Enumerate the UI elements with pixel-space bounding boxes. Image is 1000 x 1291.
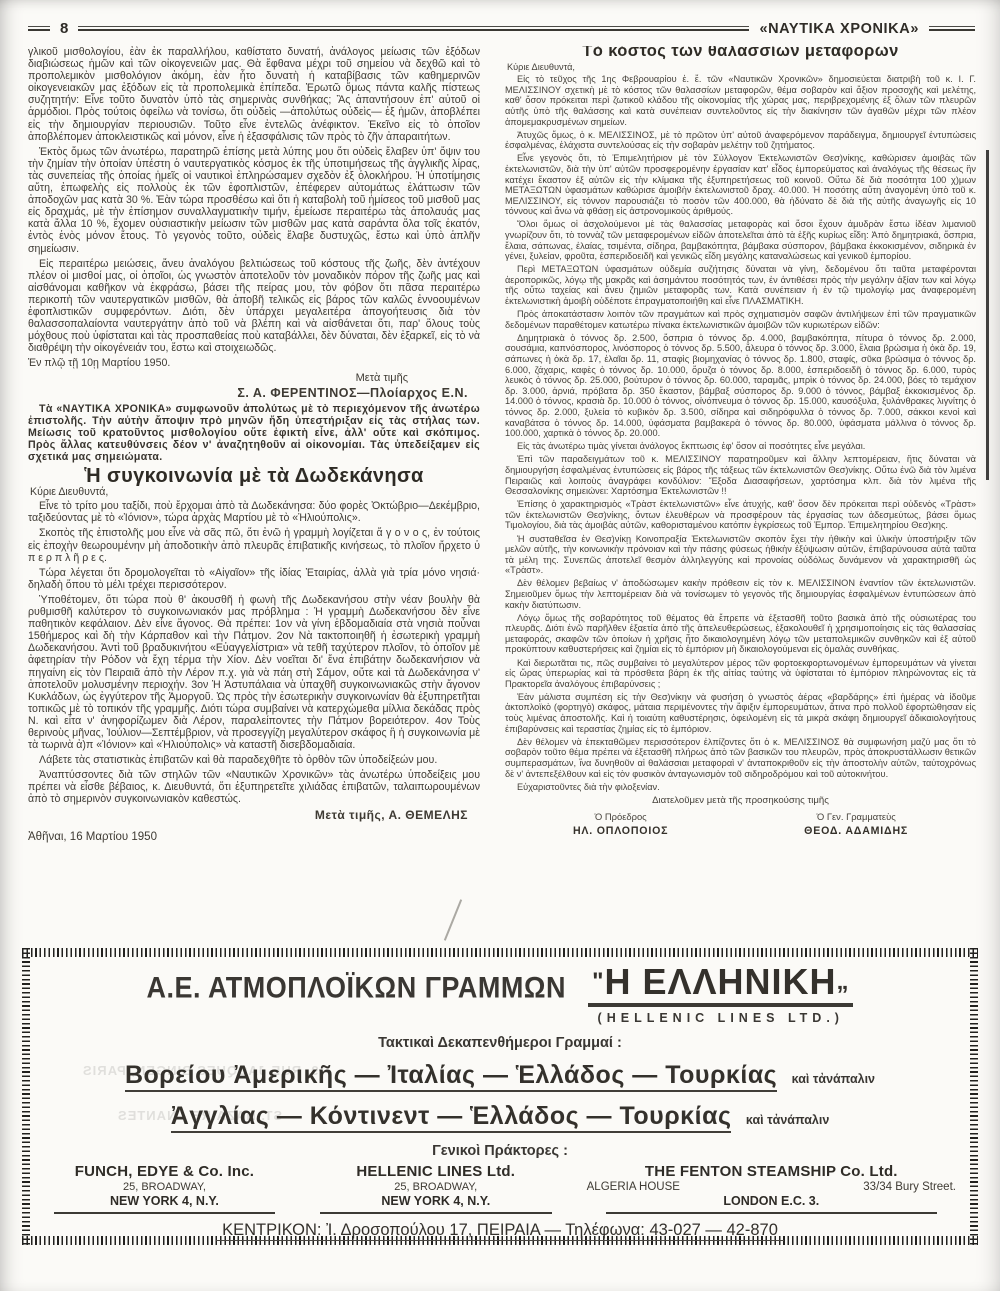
signature-name: Σ. Α. ΦΕΡΕΝΤΙΝΟΣ—Πλοίαρχος Ε.Ν.	[28, 387, 468, 399]
section-heading-dodecanese: Ἡ συγκοινωνία μὲ τὰ Δωδεκάνησα	[28, 470, 480, 482]
signature-salute: Μετὰ τιμῆς	[28, 372, 408, 384]
paragraph: Εἶνε τὸ τρίτο μου ταξίδι, ποὺ ἔρχομαι ἀπ…	[28, 500, 480, 524]
tariff-list-paragraph: Δημητριακὰ ὁ τόννος δρ. 2.500, ὄσπρια ὁ …	[505, 333, 976, 439]
paragraph: Λόγῳ ὅμως τῆς σοβαρότητος τοῦ θέματος θὰ…	[505, 613, 976, 655]
left-column: γλικοῦ μισθολογίου, ἐὰν ἐκ παραλλήλου, κ…	[28, 46, 480, 947]
brand-text: Η ΕΛΛΗΝΙΚΗ	[604, 961, 836, 1002]
paragraph: Εἰς περαιτέρω μειώσεις, ἄνευ ἀναλόγου βε…	[28, 258, 480, 355]
agent-city: NEW YORK 4, N.Y.	[36, 1194, 293, 1208]
paragraph: Ἐκτὸς ὅμως τῶν ἀνωτέρω, παρατηρῶ ἐπίσης …	[28, 146, 480, 255]
signature-role: Ὁ Πρόεδρος	[573, 812, 668, 823]
paragraph: Καὶ διερωτᾶται τις, πῶς συμβαίνει τὸ μεγ…	[505, 658, 976, 690]
salutation: Κύριε Διευθυντά,	[28, 486, 480, 498]
paragraph: γλικοῦ μισθολογίου, ἐὰν ἐκ παραλλήλου, κ…	[28, 46, 480, 143]
signature-name: Μετὰ τιμῆς, Α. ΘΕΜΕΛΗΣ	[315, 808, 468, 822]
agent-city: NEW YORK 4, N.Y.	[301, 1194, 571, 1208]
paragraph: Εἰς τὸ τεῦχος τῆς 1ης Φεβρουαρίου ἐ. ἔ. …	[505, 74, 976, 127]
scan-edge-streak	[986, 150, 989, 480]
route-text: Βορείου Ἀμερικῆς — Ἰταλίας — Ἑλλάδος — Τ…	[125, 1061, 777, 1092]
route-suffix: καὶ τἀνάπαλιν	[746, 1113, 829, 1127]
header-rule-middle	[78, 26, 749, 31]
agent-name: FUNCH, EDYE & Co. Inc.	[36, 1163, 293, 1180]
paragraph: Ἐὰν μάλιστα συμπέση εἰς τὴν Θεσ)νίκην νὰ…	[505, 692, 976, 734]
editor-note: Τὰ «ΝΑΥΤΙΚΑ ΧΡΟΝΙΚΑ» συμφωνοῦν ἀπολύτως …	[28, 403, 480, 463]
right-column: Τὸ κόστος τῶν θαλασσίων μεταφορῶν Κύριε …	[505, 46, 976, 947]
header-rule-left	[28, 26, 50, 31]
signature-president: Ὁ Πρόεδρος ΗΛ. ΟΠΛΟΠΟΙΟΣ	[573, 812, 668, 837]
ad-title-row: Α.Ε. ΑΤΜΟΠΛΟΪΚΩΝ ΓΡΑΜΜΩΝ "Η ΕΛΛΗΝΙΚΗ„ (H…	[36, 964, 964, 1025]
dateline-at-sea: Ἐν πλῷ τῇ 10ῃ Μαρτίου 1950.	[28, 357, 480, 369]
signature-name: ΘΕΟΔ. ΑΔΑΜΙΔΗΣ	[804, 826, 908, 837]
agent-city: LONDON E.C. 3.	[579, 1194, 964, 1208]
route-suffix: καὶ τἀνάπαλιν	[792, 1072, 875, 1086]
agent-underline-rule	[54, 1212, 275, 1214]
paragraph: Λάβετε τὰς στατιστικὰς ἐπιβατῶν καὶ θὰ π…	[28, 754, 480, 766]
ad-agents-row: FUNCH, EDYE & Co. Inc. 25, BROADWAY, NEW…	[36, 1163, 964, 1214]
valediction: Διατελοῦμεν μετὰ τῆς προσηκούσης τιμῆς	[505, 796, 976, 807]
paragraph: Ἐπὶ τῶν παραδειγμάτων τοῦ κ. ΜΕΛΙΣΣΙΝΟΥ …	[505, 454, 976, 496]
paragraph: Ὅλοι ὅμως οἱ ἀσχολούμενοι μὲ τὰς θαλασσί…	[505, 219, 976, 261]
headquarters-text: ΚΕΝΤΡΙΚΟΝ: Ἰ. Δροσοπούλου 17, ΠΕΙΡΑΙΑ — …	[216, 1221, 784, 1241]
paragraph: Δὲν θέλομεν νὰ ἐπεκταθῶμεν περισσότερον …	[505, 737, 976, 779]
salutation: Κύριε Διευθυντά,	[505, 62, 976, 73]
paragraph: Ἀναπτύσσοντες διὰ τῶν στηλῶν τῶν «Ναυτικ…	[28, 769, 480, 805]
paragraph: Πρὸς ἀποκατάστασιν λοιπὸν τῶν πραγμάτων …	[505, 309, 976, 330]
close-quote: „	[836, 968, 849, 995]
paragraph: Περὶ ΜΕΤΑΞΩΤΩΝ ὑφασμάτων οὐδεμία συζήτησ…	[505, 264, 976, 306]
ad-border-top	[22, 948, 978, 957]
paragraph: Ἡ συσταθεῖσα ἐν Θεσ)νίκῃ Κοινοπραξία Ἐκτ…	[505, 534, 976, 576]
signature-secretary: Ὁ Γεν. Γραμματεὺς ΘΕΟΔ. ΑΔΑΜΙΔΗΣ	[804, 812, 908, 837]
paragraph: Τώρα λέγεται ὅτι δρομολογεῖται τὸ «Αἰγαῖ…	[28, 567, 480, 591]
open-quote: "	[592, 968, 604, 995]
agent-name: THE FENTON STEAMSHIP Co. Ltd.	[579, 1163, 964, 1180]
agent-address: 25, BROADWAY,	[36, 1181, 293, 1193]
paragraph: Σκοπὸς τῆς ἐπιστολῆς μου εἶνε νὰ σᾶς πῶ,…	[28, 527, 480, 563]
page-number: 8	[60, 20, 68, 37]
agent-address: 33/34 Bury Street.	[863, 1181, 956, 1193]
agent-address: 25, BROADWAY,	[301, 1181, 571, 1193]
paragraph: Εἶνε γεγονὸς ὅτι, τὸ Ἐπιμελητήριον μὲ τὸ…	[505, 153, 976, 217]
closing-thanks: Εὐχαριστοῦντες διὰ τὴν φιλοξενίαν.	[505, 782, 976, 793]
paragraph: Εἰς τὰς ἀνωτέρω τιμὰς γίνεται ἀνάλογος ἔ…	[505, 441, 976, 452]
ad-brand-subtitle: (HELLENIC LINES LTD.)	[598, 1011, 844, 1025]
agent-hellenic-lines: HELLENIC LINES Ltd. 25, BROADWAY, NEW YO…	[301, 1163, 571, 1214]
ad-brand-name: "Η ΕΛΛΗΝΙΚΗ„	[588, 964, 853, 1007]
ad-schedule-label: Τακτικαὶ Δεκαπενθήμεροι Γραμμαί :	[36, 1035, 964, 1051]
agent-underline-rule	[606, 1212, 937, 1214]
signature-block-themelis: Μετὰ τιμῆς, Α. ΘΕΜΕΛΗΣ	[28, 809, 480, 822]
magazine-page: 8 «ΝΑΥΤΙΚΑ ΧΡΟΝΙΚΑ» γλικοῦ μισθολογίου, …	[0, 0, 1000, 1291]
agent-fenton-steamship: THE FENTON STEAMSHIP Co. Ltd. ALGERIA HO…	[579, 1163, 964, 1214]
agent-address-row: ALGERIA HOUSE 33/34 Bury Street.	[579, 1181, 964, 1193]
ad-route-line-1: Βορείου Ἀμερικῆς — Ἰταλίας — Ἑλλάδος — Τ…	[36, 1061, 964, 1090]
paragraph: Ἐπίσης ὁ χαρακτηρισμὸς «Τρὰστ ἐκτελωνιστ…	[505, 499, 976, 531]
ad-border-left	[22, 948, 30, 1245]
page-header: 8 «ΝΑΥΤΙΚΑ ΧΡΟΝΙΚΑ»	[28, 20, 975, 37]
article-heading-sea-transport-cost: Τὸ κόστος τῶν θαλασσίων μεταφορῶν	[505, 46, 976, 57]
ad-route-line-2: Ἀγγλίας — Κόντινεντ — Ἑλλάδος — Τουρκίας…	[36, 1102, 964, 1131]
agent-address: ALGERIA HOUSE	[587, 1181, 680, 1193]
hellenic-lines-advertisement: 9, RUE JACQUES BINGEN, PARIS ST. NAZAIRE…	[22, 948, 978, 1245]
ad-content: Α.Ε. ΑΤΜΟΠΛΟΪΚΩΝ ΓΡΑΜΜΩΝ "Η ΕΛΛΗΝΙΚΗ„ (H…	[36, 960, 964, 1234]
ad-agents-label: Γενικοὶ Πράκτορες :	[36, 1143, 964, 1159]
signature-block-ferentinos: Μετὰ τιμῆς Σ. Α. ΦΕΡΕΝΤΙΝΟΣ—Πλοίαρχος Ε.…	[28, 372, 480, 398]
ad-border-right	[970, 948, 978, 1245]
route-text: Ἀγγλίας — Κόντινεντ — Ἑλλάδος — Τουρκίας	[171, 1102, 732, 1133]
signatures-row: Ὁ Πρόεδρος ΗΛ. ΟΠΛΟΠΟΙΟΣ Ὁ Γεν. Γραμματε…	[505, 812, 976, 837]
signature-name: ΗΛ. ΟΠΛΟΠΟΙΟΣ	[573, 826, 668, 837]
signature-role: Ὁ Γεν. Γραμματεὺς	[804, 812, 908, 823]
ad-brand-block: "Η ΕΛΛΗΝΙΚΗ„ (HELLENIC LINES LTD.)	[588, 964, 853, 1025]
header-rule-right	[929, 26, 975, 31]
paragraph: Ἀτυχῶς ὅμως, ὁ κ. ΜΕΛΙΣΣΙΝΟΣ, μὲ τὸ πρῶτ…	[505, 130, 976, 151]
ad-company-prefix: Α.Ε. ΑΤΜΟΠΛΟΪΚΩΝ ΓΡΑΜΜΩΝ	[147, 972, 567, 1005]
agent-name: HELLENIC LINES Ltd.	[301, 1163, 571, 1180]
paragraph: Δὲν θέλομεν βεβαίως ν' ἀποδώσωμεν κακὴν …	[505, 578, 976, 610]
paragraph: Ὑποθέτομεν, ὅτι τώρα ποὺ θ' ἀκουσθῆ ἡ φω…	[28, 594, 480, 751]
agent-funch-edye: FUNCH, EDYE & Co. Inc. 25, BROADWAY, NEW…	[36, 1163, 293, 1214]
dateline-athens: Ἀθῆναι, 16 Μαρτίου 1950	[28, 831, 480, 843]
ad-headquarters-line: ΚΕΝΤΡΙΚΟΝ: Ἰ. Δροσοπούλου 17, ΠΕΙΡΑΙΑ — …	[36, 1221, 964, 1240]
agent-underline-rule	[320, 1212, 552, 1214]
masthead-title: «ΝΑΥΤΙΚΑ ΧΡΟΝΙΚΑ»	[759, 21, 919, 37]
